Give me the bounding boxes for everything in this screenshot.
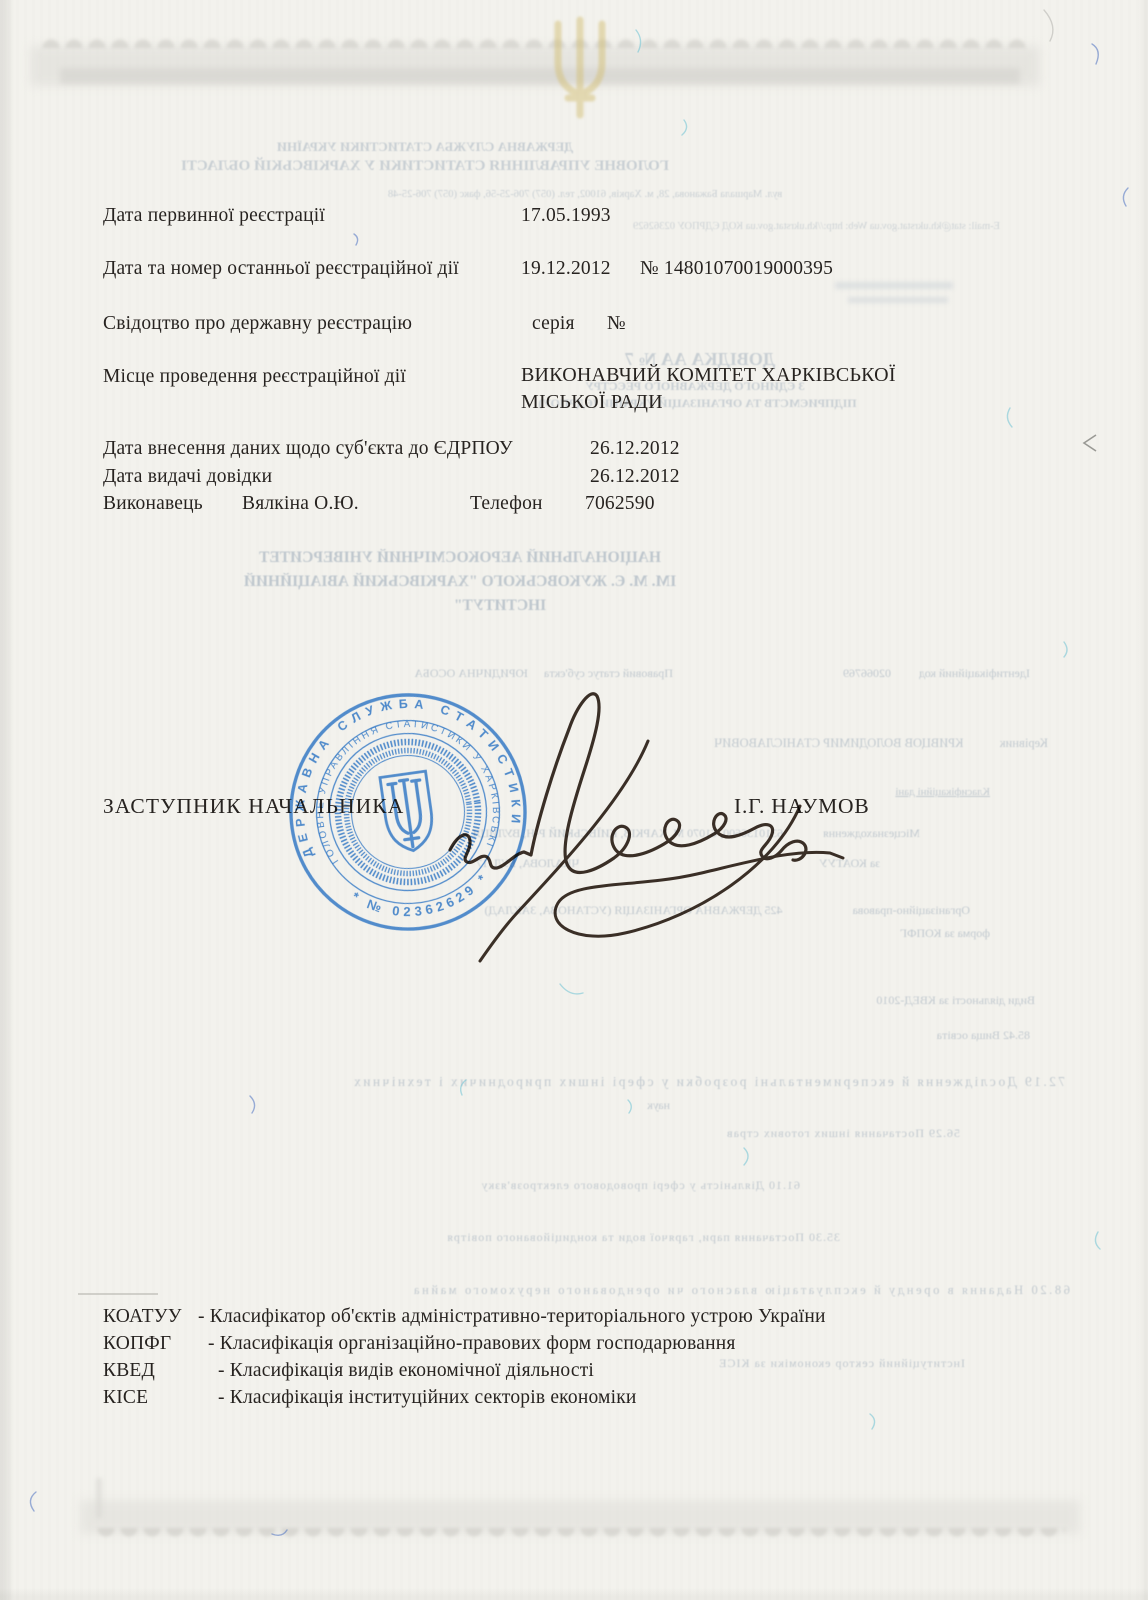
scanned-document-page: { "document": { "rows": [ {"label": "Дат… — [0, 0, 1148, 1600]
handwritten-signature — [0, 0, 1148, 1600]
